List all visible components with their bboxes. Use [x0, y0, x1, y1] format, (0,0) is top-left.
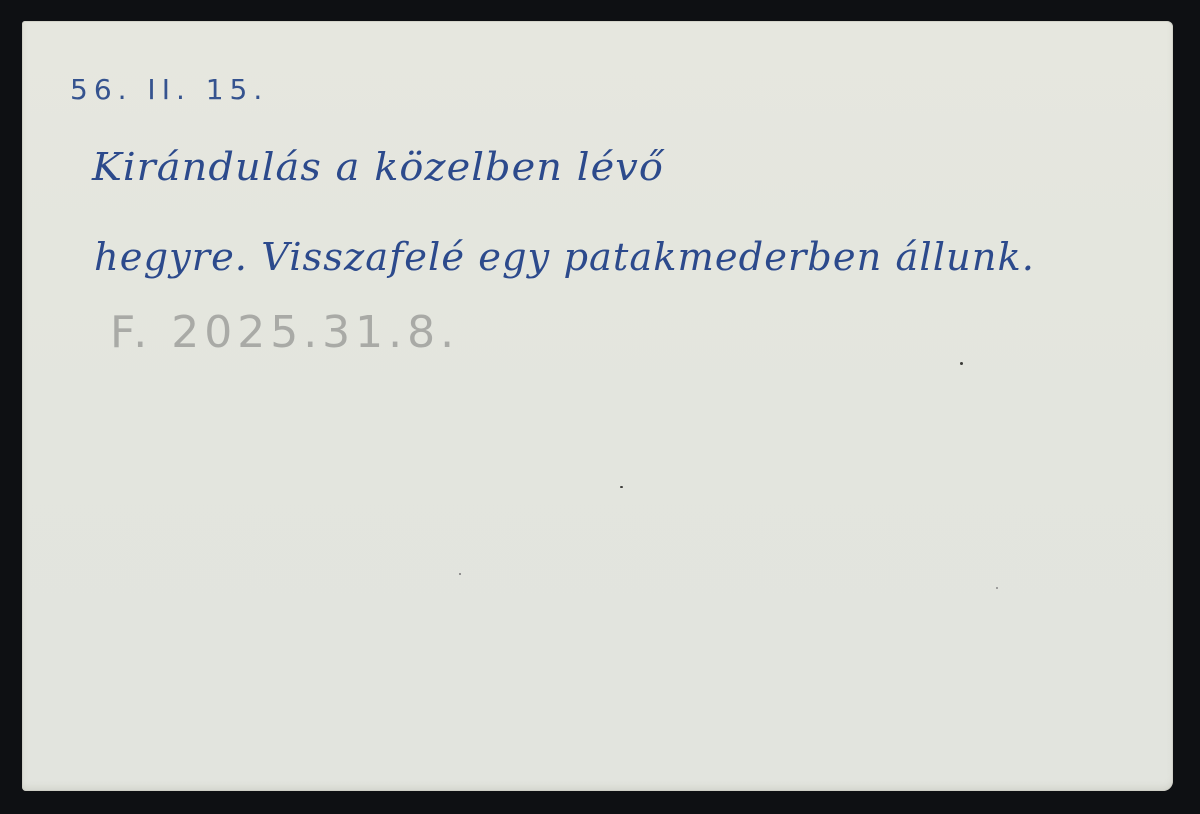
paper-speck — [620, 486, 623, 488]
photo-card-back: 56. II. 15. Kirándulás a közelben lévő h… — [22, 21, 1173, 791]
handwritten-caption-line-1: Kirándulás a közelben lévő — [92, 145, 664, 189]
handwritten-date: 56. II. 15. — [70, 73, 268, 106]
paper-speck — [459, 573, 461, 575]
paper-speck — [996, 587, 998, 589]
handwritten-caption-line-2: hegyre. Visszafelé egy patakmederben áll… — [94, 235, 1035, 279]
paper-speck — [960, 362, 963, 365]
pencil-inventory-number: F. 2025.31.8. — [110, 307, 459, 358]
